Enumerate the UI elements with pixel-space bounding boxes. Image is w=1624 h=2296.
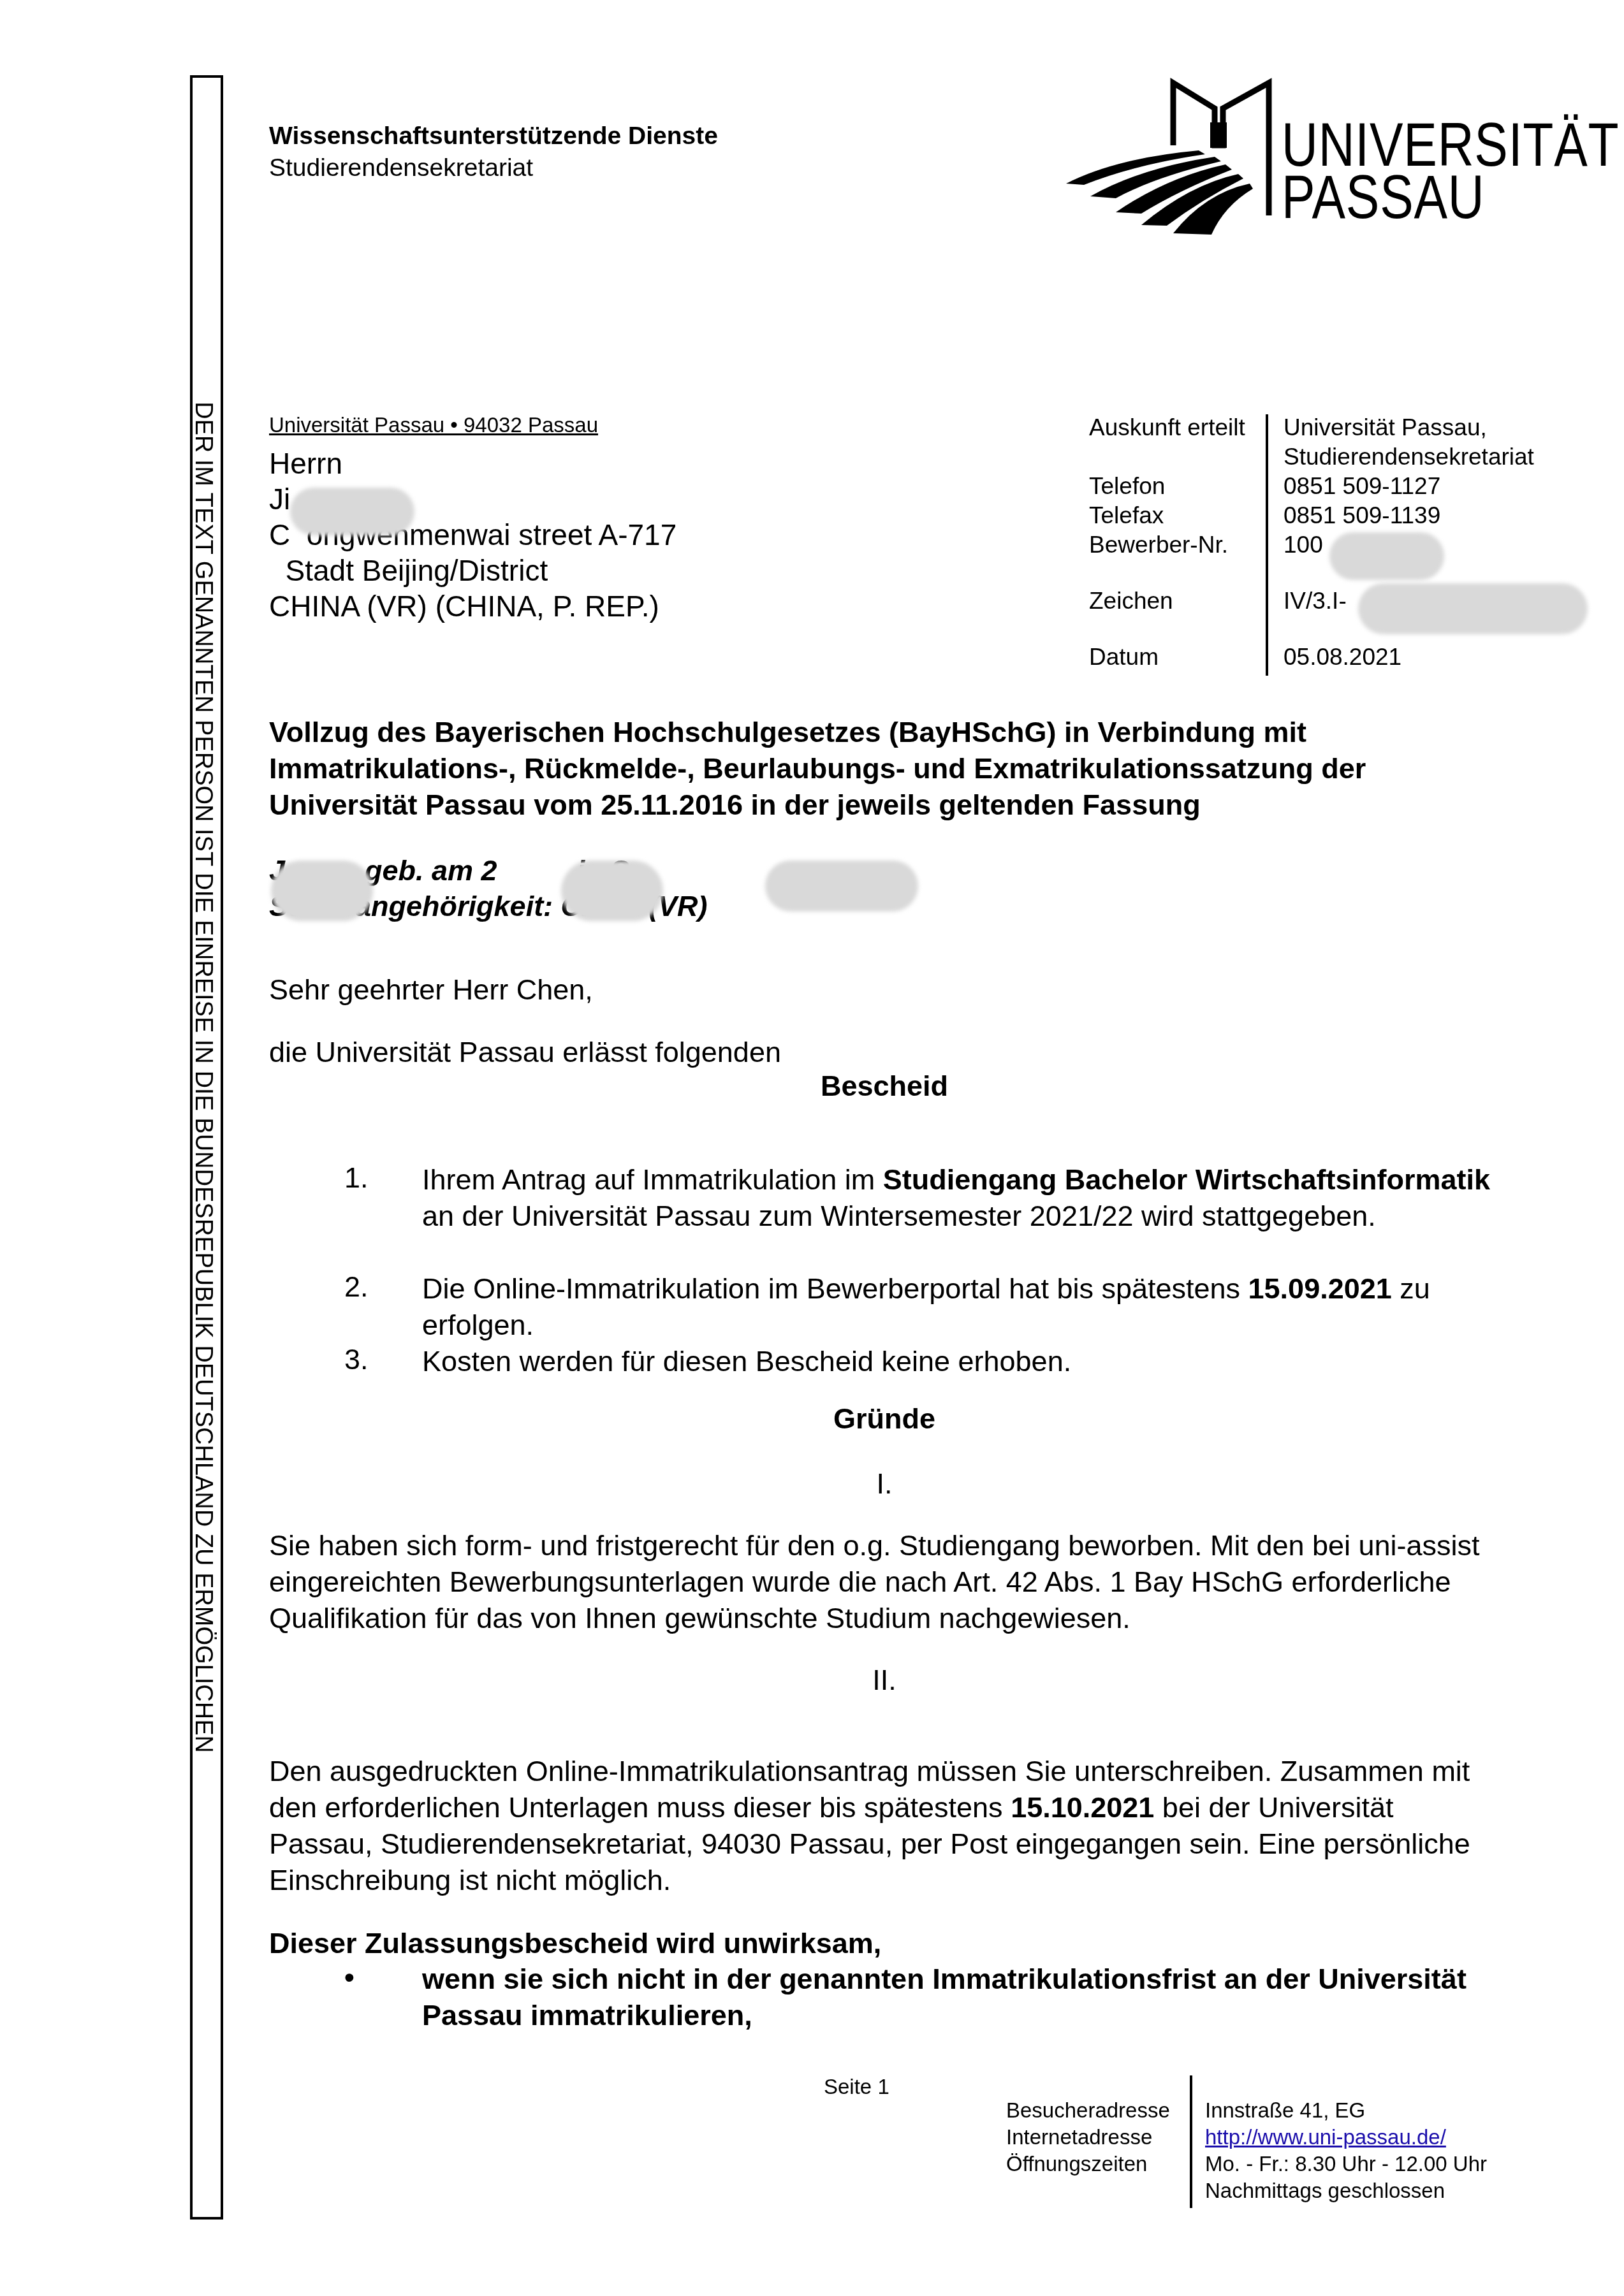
- section-II-heading: II.: [269, 1664, 1500, 1697]
- reasons-heading: Gründe: [269, 1402, 1500, 1435]
- info-value-phone: 0851 509-1127: [1284, 473, 1440, 500]
- section-I-heading: I.: [269, 1467, 1500, 1500]
- logo-text-passau: PASSAU: [1282, 167, 1484, 228]
- info-label-reference: Zeichen: [1089, 588, 1173, 614]
- info-value-applicant-no: 100: [1284, 532, 1323, 558]
- footer-label-hours: Öffnungszeiten: [1006, 2151, 1147, 2177]
- greeting: Sehr geehrter Herr Chen,: [269, 971, 1500, 1008]
- info-value-date: 05.08.2021: [1284, 644, 1401, 671]
- info-label-contact: Auskunft erteilt: [1089, 414, 1245, 441]
- org-name: Wissenschaftsunterstützende Dienste: [269, 122, 718, 150]
- website-link[interactable]: http://www.uni-passau.de/: [1205, 2125, 1446, 2149]
- decision-number: 2.: [344, 1270, 369, 1304]
- decision-item: Die Online-Immatrikulation im Bewerberpo…: [422, 1270, 1506, 1343]
- info-value-reference: IV/3.I-: [1284, 588, 1347, 614]
- footer-label-visitor-address: Besucheradresse: [1006, 2097, 1170, 2124]
- info-label-fax: Telefax: [1089, 502, 1164, 529]
- redaction-person-name: [271, 861, 373, 921]
- page-number: Seite 1: [824, 2075, 889, 2099]
- redaction-applicant-no: [1329, 532, 1444, 580]
- decision-number: 3.: [344, 1343, 369, 1376]
- sender-return-address: Universität Passau • 94032 Passau: [269, 413, 598, 437]
- info-label-date: Datum: [1089, 644, 1159, 671]
- info-divider: [1266, 414, 1268, 676]
- recipient-city: Stadt Beijing/District: [269, 553, 548, 588]
- footer-hours-afternoon: Nachmittags geschlossen: [1205, 2177, 1445, 2204]
- info-label-phone: Telefon: [1089, 473, 1165, 500]
- recipient-salutation: Herrn: [269, 446, 342, 481]
- intro-text: die Universität Passau erlässt folgenden: [269, 1034, 1500, 1070]
- letter-subject: Vollzug des Bayerischen Hochschulgesetze…: [269, 714, 1481, 823]
- bescheid-heading: Bescheid: [269, 1070, 1500, 1103]
- decision-item: Kosten werden für diesen Bescheid keine …: [422, 1343, 1506, 1379]
- side-notice-text: DER IM TEXT GENANNTEN PERSON IST DIE EIN…: [189, 402, 217, 1753]
- redaction-birthdate: [561, 861, 663, 921]
- footer-hours: Mo. - Fr.: 8.30 Uhr - 12.00 Uhr: [1205, 2151, 1487, 2177]
- invalid-condition: wenn sie sich nicht in der genannten Imm…: [422, 1961, 1506, 2033]
- recipient-country: CHINA (VR) (CHINA, P. REP.): [269, 589, 659, 623]
- info-value-contact-dept: Studierendensekretariat: [1284, 444, 1534, 470]
- info-value-contact: Universität Passau,: [1284, 414, 1487, 441]
- decision-number: 1.: [344, 1161, 369, 1195]
- info-label-applicant-no: Bewerber-Nr.: [1089, 532, 1228, 558]
- footer-label-web: Internetadresse: [1006, 2124, 1152, 2151]
- section-I-text: Sie haben sich form- und fristgerecht fü…: [269, 1527, 1500, 1636]
- redaction-birthplace: [765, 861, 918, 912]
- footer-divider: [1190, 2075, 1192, 2208]
- side-notice: DER IM TEXT GENANNTEN PERSON IST DIE EIN…: [190, 402, 223, 1931]
- section-II-text: Den ausgedruckten Online-Immatrikulation…: [269, 1753, 1500, 1898]
- org-department: Studierendensekretariat: [269, 154, 533, 182]
- invalid-heading: Dieser Zulassungsbescheid wird unwirksam…: [269, 1925, 1500, 1961]
- redaction-recipient-name: [290, 488, 414, 535]
- footer-visitor-address: Innstraße 41, EG: [1205, 2097, 1365, 2124]
- info-value-fax: 0851 509-1139: [1284, 502, 1440, 529]
- redaction-reference: [1358, 583, 1588, 634]
- recipient-name: Ji: [269, 482, 290, 516]
- bullet-icon: •: [344, 1961, 355, 1994]
- decision-item: Ihrem Antrag auf Immatrikulation im Stud…: [422, 1161, 1506, 1234]
